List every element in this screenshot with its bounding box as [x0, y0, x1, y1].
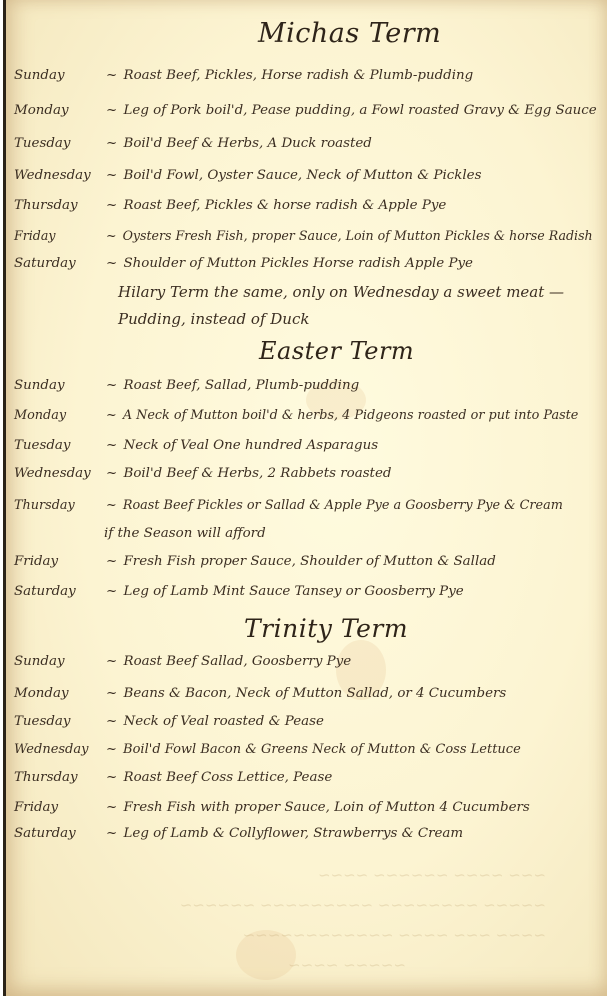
menu-text: Roast Beef, Sallad, Plumb-pudding	[124, 378, 360, 393]
menu-row: Friday~ Oysters Fresh Fish, proper Sauce…	[14, 228, 593, 243]
menu-text: Leg of Lamb Mint Sauce Tansey or Goosber…	[124, 584, 464, 599]
menu-text: Oysters Fresh Fish, proper Sauce, Loin o…	[123, 228, 593, 243]
day-label: Tuesday	[14, 136, 104, 151]
menu-text: Beans & Bacon, Neck of Mutton Sallad, or…	[124, 686, 507, 701]
day-label: Saturday	[14, 256, 104, 271]
manuscript-page: Michas Term Sunday~ Roast Beef, Pickles,…	[3, 0, 607, 996]
day-label: Saturday	[14, 584, 104, 599]
menu-text: Leg of Pork boil'd, Pease pudding, a Fow…	[124, 103, 597, 118]
bleed-through-text: ~~~ ~~~~ ~~~~~~ ~~~~ ~~~~~ ~~~~~~~~ ~~~~…	[126, 860, 546, 980]
menu-row: Friday~ Fresh Fish with proper Sauce, Lo…	[14, 800, 530, 815]
menu-text: Boil'd Beef & Herbs, 2 Rabbets roasted	[124, 466, 392, 481]
menu-row: Sunday~ Roast Beef, Sallad, Plumb-puddin…	[14, 378, 359, 393]
day-label: Sunday	[14, 378, 104, 393]
menu-text: Boil'd Fowl Bacon & Greens Neck of Mutto…	[123, 742, 521, 757]
menu-text: Shoulder of Mutton Pickles Horse radish …	[124, 256, 473, 271]
day-label: Thursday	[14, 198, 104, 213]
menu-row: Thursday~ Roast Beef, Pickles & horse ra…	[14, 198, 446, 213]
day-label: Monday	[14, 686, 104, 701]
menu-text: Roast Beef Sallad, Goosberry Pye	[124, 654, 352, 669]
hilary-note-line1: Hilary Term the same, only on Wednesday …	[118, 283, 564, 301]
day-label: Tuesday	[14, 714, 104, 729]
menu-row: Friday~ Fresh Fish proper Sauce, Shoulde…	[14, 554, 496, 569]
day-label: Saturday	[14, 826, 104, 841]
menu-row: Monday~ Leg of Pork boil'd, Pease puddin…	[14, 103, 597, 118]
menu-text: Fresh Fish with proper Sauce, Loin of Mu…	[124, 800, 530, 815]
day-label: Friday	[14, 800, 104, 815]
day-label: Wednesday	[14, 466, 104, 481]
day-label: Friday	[14, 554, 104, 569]
menu-text: Boil'd Beef & Herbs, A Duck roasted	[124, 136, 372, 151]
day-label: Friday	[14, 228, 104, 243]
day-label: Sunday	[14, 68, 104, 83]
term-title-easter: Easter Term	[259, 337, 414, 365]
day-label: Thursday	[14, 498, 104, 513]
menu-text: Roast Beef Coss Lettice, Pease	[124, 770, 333, 785]
menu-continuation: if the Season will afford	[104, 526, 266, 541]
menu-row: Monday~ A Neck of Mutton boil'd & herbs,…	[14, 408, 578, 423]
menu-row: Tuesday~ Boil'd Beef & Herbs, A Duck roa…	[14, 136, 372, 151]
menu-row: Sunday~ Roast Beef, Pickles, Horse radis…	[14, 68, 473, 83]
menu-row: Wednesday~ Boil'd Beef & Herbs, 2 Rabbet…	[14, 466, 391, 481]
menu-text: Boil'd Fowl, Oyster Sauce, Neck of Mutto…	[124, 168, 482, 183]
menu-text: Leg of Lamb & Collyflower, Strawberrys &…	[124, 826, 464, 841]
day-label: Wednesday	[14, 168, 104, 183]
day-label: Wednesday	[14, 742, 104, 757]
day-label: Tuesday	[14, 438, 104, 453]
menu-row: Wednesday~ Boil'd Fowl, Oyster Sauce, Ne…	[14, 168, 481, 183]
menu-row: Thursday~ Roast Beef Coss Lettice, Pease	[14, 770, 332, 785]
menu-row: Saturday~ Shoulder of Mutton Pickles Hor…	[14, 256, 473, 271]
term-title-michas: Michas Term	[258, 18, 441, 49]
menu-text: Roast Beef Pickles or Sallad & Apple Pye…	[123, 498, 563, 513]
hilary-note-line2: Pudding, instead of Duck	[118, 310, 309, 328]
day-label: Thursday	[14, 770, 104, 785]
menu-row: Saturday~ Leg of Lamb Mint Sauce Tansey …	[14, 584, 464, 599]
menu-text: Fresh Fish proper Sauce, Shoulder of Mut…	[124, 554, 496, 569]
term-title-trinity: Trinity Term	[244, 614, 408, 643]
menu-text: Roast Beef, Pickles, Horse radish & Plum…	[124, 68, 474, 83]
menu-row: Thursday~ Roast Beef Pickles or Sallad &…	[14, 498, 563, 513]
day-label: Monday	[14, 103, 104, 118]
menu-row: Wednesday~ Boil'd Fowl Bacon & Greens Ne…	[14, 742, 521, 757]
menu-text: A Neck of Mutton boil'd & herbs, 4 Pidge…	[123, 408, 579, 423]
menu-text: Neck of Veal roasted & Pease	[124, 714, 324, 729]
day-label: Sunday	[14, 654, 104, 669]
menu-row: Saturday~ Leg of Lamb & Collyflower, Str…	[14, 826, 463, 841]
menu-row: Tuesday~ Neck of Veal roasted & Pease	[14, 714, 324, 729]
menu-row: Monday~ Beans & Bacon, Neck of Mutton Sa…	[14, 686, 506, 701]
menu-text: Neck of Veal One hundred Asparagus	[124, 438, 379, 453]
day-label: Monday	[14, 408, 104, 423]
menu-row: Sunday~ Roast Beef Sallad, Goosberry Pye	[14, 654, 351, 669]
menu-row: Tuesday~ Neck of Veal One hundred Aspara…	[14, 438, 378, 453]
menu-text: Roast Beef, Pickles & horse radish & App…	[124, 198, 447, 213]
